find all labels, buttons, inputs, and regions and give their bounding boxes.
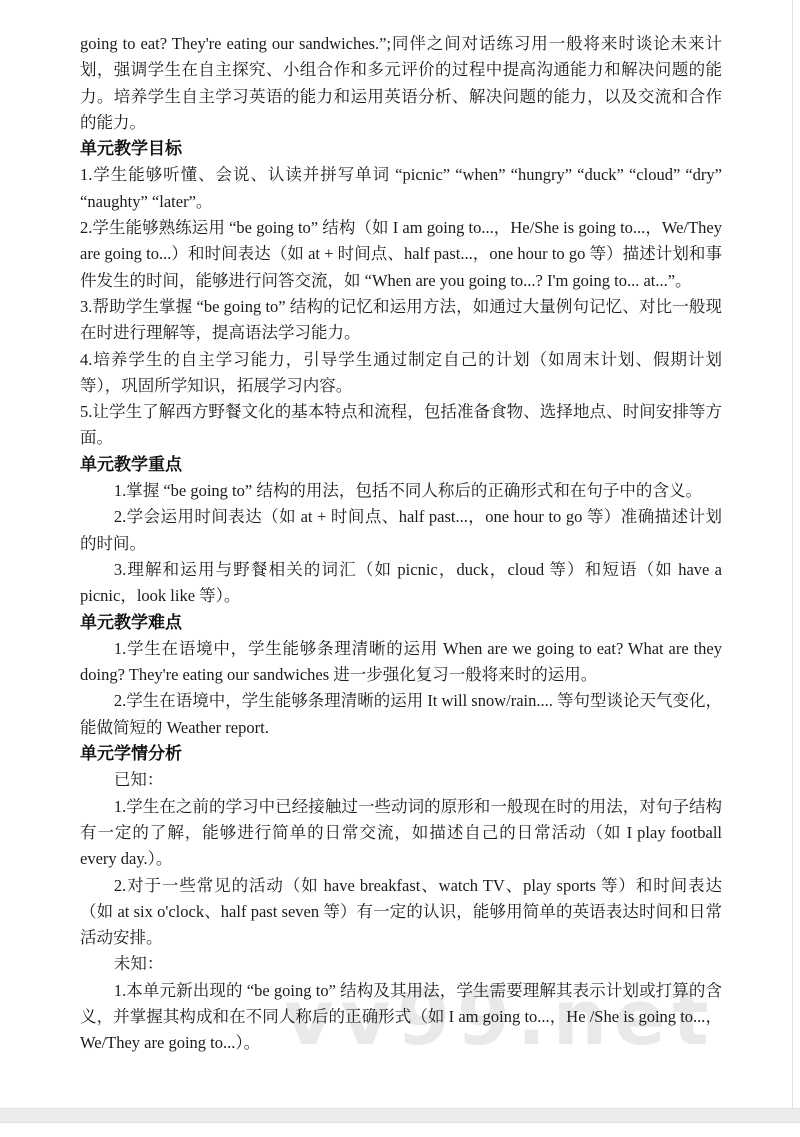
paragraph: 3.理解和运用与野餐相关的词汇（如 picnic，duck，cloud 等）和短… bbox=[80, 557, 722, 610]
document-body: going to eat? They're eating our sandwic… bbox=[80, 31, 722, 1057]
paragraph: 2.学生能够熟练运用 “be going to” 结构（如 I am going… bbox=[80, 215, 722, 294]
next-page-top bbox=[0, 1123, 800, 1137]
paragraph: 2.学会运用时间表达（如 at + 时间点、half past...，one h… bbox=[80, 504, 722, 557]
paragraph: 2.对于一些常见的活动（如 have breakfast、watch TV、pl… bbox=[80, 873, 722, 952]
paragraph: 1.学生在语境中，学生能够条理清晰的运用 When are we going t… bbox=[80, 636, 722, 689]
paragraph: 1.本单元新出现的 “be going to” 结构及其用法，学生需要理解其表示… bbox=[80, 978, 722, 1057]
paragraph: 1.学生能够听懂、会说、认读并拼写单词 “picnic” “when” “hun… bbox=[80, 162, 722, 215]
paragraph: 5.让学生了解西方野餐文化的基本特点和流程，包括准备食物、选择地点、时间安排等方… bbox=[80, 399, 722, 452]
section-heading: 单元学情分析 bbox=[80, 741, 722, 767]
document-page: vv99.net going to eat? They're eating ou… bbox=[0, 0, 800, 1137]
paragraph: 1.学生在之前的学习中已经接触过一些动词的原形和一般现在时的用法，对句子结构有一… bbox=[80, 794, 722, 873]
section-heading: 单元教学目标 bbox=[80, 136, 722, 162]
paragraph: 2.学生在语境中，学生能够条理清晰的运用 It will snow/rain..… bbox=[80, 688, 722, 741]
paragraph: 4.培养学生的自主学习能力，引导学生通过制定自己的计划（如周末计划、假期计划等）… bbox=[80, 347, 722, 400]
paragraph: 3.帮助学生掌握 “be going to” 结构的记忆和运用方法，如通过大量例… bbox=[80, 294, 722, 347]
paragraph: 1.掌握 “be going to” 结构的用法，包括不同人称后的正确形式和在句… bbox=[80, 478, 722, 504]
paragraph: 未知： bbox=[80, 951, 722, 977]
page-separator bbox=[0, 1108, 800, 1123]
section-heading: 单元教学难点 bbox=[80, 610, 722, 636]
paragraph: going to eat? They're eating our sandwic… bbox=[80, 31, 722, 136]
page-right-edge bbox=[792, 0, 793, 1112]
paragraph: 已知： bbox=[80, 767, 722, 793]
section-heading: 单元教学重点 bbox=[80, 452, 722, 478]
